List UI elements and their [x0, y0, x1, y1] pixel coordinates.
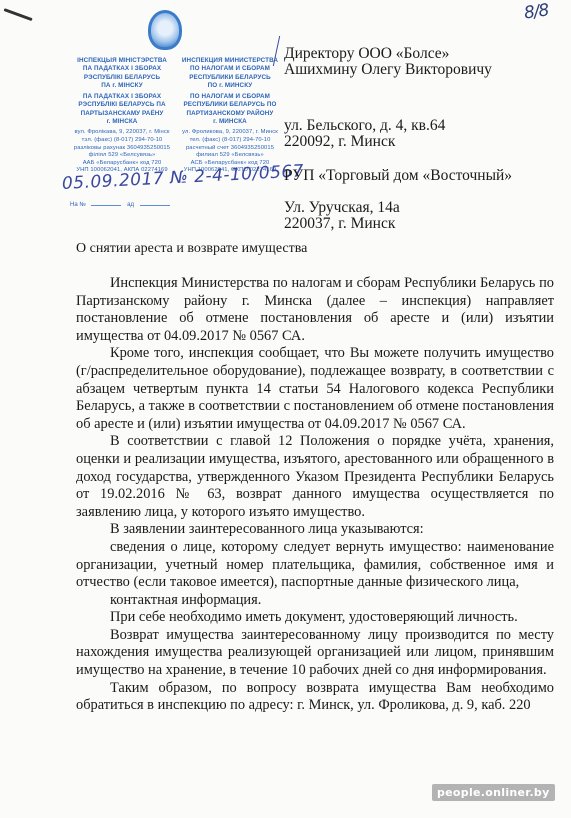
stamp-line: филиал 529 «Белсвязь» [172, 152, 288, 160]
stamp-line: філіял 529 «Белсувязь» [64, 152, 180, 160]
body-paragraph: Таким образом, по вопросу возврата имуще… [76, 680, 554, 715]
stamp-line: тэл. (факс) (8-017) 294-70-10 [64, 137, 180, 145]
stamp-line: РЭСПУБЛІКІ БЕЛАРУСЬ [64, 74, 180, 82]
reference-line: На № ад [70, 202, 174, 208]
stamp-line: г. МИНСКА [172, 118, 288, 126]
stamp-line: ПАРТЫЗАНСКАМУ РАЁНУ [64, 110, 180, 118]
stamp-line: ПА г. МІНСКУ [64, 82, 180, 90]
addressee-title: Директору ООО «Болсе» [284, 46, 512, 62]
body-paragraph: Инспекция Министерства по налогам и сбор… [76, 275, 554, 345]
folio-number: 8/8 [523, 0, 550, 23]
stamp-line: ІНСПЕКЦЫЯ МІНІСТЭРСТВА [64, 57, 180, 65]
staple-mark [3, 8, 32, 21]
second-recipient-street: Ул. Уручская, 14а [284, 200, 512, 216]
reference-blank [140, 205, 170, 206]
addressee-city: 220092, г. Минск [284, 134, 512, 150]
stamp-line: ПО НАЛОГАМ И СБОРАМ [172, 93, 288, 101]
addressee-name: Ашихмину Олегу Викторовичу [284, 62, 512, 78]
body-paragraph: сведения о лице, которому следует вернут… [76, 539, 554, 592]
body-paragraph: контактная информация. [76, 592, 554, 610]
stamp-line: разліковы рахунак 3604935250015 [64, 145, 180, 153]
addressee-block: Директору ООО «Болсе» Ашихмину Олегу Вик… [284, 46, 512, 254]
stamp-line: расчетный счет 3604935250015 [172, 145, 288, 153]
letterhead-stamp-russian: ИНСПЕКЦИЯ МИНИСТЕРСТВА ПО НАЛОГАМ И СБОР… [172, 57, 288, 175]
stamp-line: РЕСПУБЛИКИ БЕЛАРУСЬ [172, 74, 288, 82]
state-emblem-icon [148, 10, 182, 50]
letter-subject: О снятии ареста и возврате имущества [76, 241, 307, 257]
stamp-line: ПО г. МИНСКУ [172, 82, 288, 90]
document-page: 8/8 ІНСПЕКЦЫЯ МІНІСТЭРСТВА ПА ПАДАТКАХ І… [0, 0, 571, 818]
stamp-line: тел. (факс) (8-017) 294-70-10 [172, 137, 288, 145]
body-paragraph: В соответствии с главой 12 Положения о п… [76, 433, 554, 521]
reference-middle: ад [127, 202, 134, 208]
addressee-street: ул. Бельского, д. 4, кв.64 [284, 118, 512, 134]
second-recipient-city: 220037, г. Минск [284, 216, 512, 232]
stamp-line: вул. Фролікава, 9, 220037, г. Мінск [64, 129, 180, 137]
stamp-line: ПО НАЛОГАМ И СБОРАМ [172, 65, 288, 73]
body-paragraph: Кроме того, инспекция сообщает, что Вы м… [76, 345, 554, 433]
reference-prefix: На № [70, 202, 86, 208]
body-paragraph: В заявлении заинтересованного лица указы… [76, 521, 554, 539]
letter-body: Инспекция Министерства по налогам и сбор… [76, 275, 554, 715]
stamp-line: ПА ПАДАТКАХ І ЗБОРАХ [64, 93, 180, 101]
source-watermark: people.onliner.by [432, 784, 555, 801]
second-recipient-org: РУП «Торговый дом «Восточный» [284, 168, 512, 184]
body-paragraph: При себе необходимо иметь документ, удос… [76, 609, 554, 627]
stamp-line: РЕСПУБЛИКИ БЕЛАРУСЬ ПО [172, 101, 288, 109]
stamp-line: ул. Фроликова, 9, 220037, г. Минск [172, 129, 288, 137]
stamp-line: РЭСПУБЛІКІ БЕЛАРУСЬ ПА [64, 101, 180, 109]
reference-blank [91, 205, 121, 206]
letterhead-stamp-belarusian: ІНСПЕКЦЫЯ МІНІСТЭРСТВА ПА ПАДАТКАХ І ЗБО… [64, 57, 180, 175]
stamp-line: ПАРТИЗАНСКОМУ РАЙОНУ [172, 110, 288, 118]
body-paragraph: Возврат имущества заинтересованному лицу… [76, 627, 554, 680]
stamp-line: ПА ПАДАТКАХ І ЗБОРАХ [64, 65, 180, 73]
stamp-line: ААБ «Беларусбанк» код 720 [64, 160, 180, 168]
stamp-line: г. МІНСКА [64, 118, 180, 126]
